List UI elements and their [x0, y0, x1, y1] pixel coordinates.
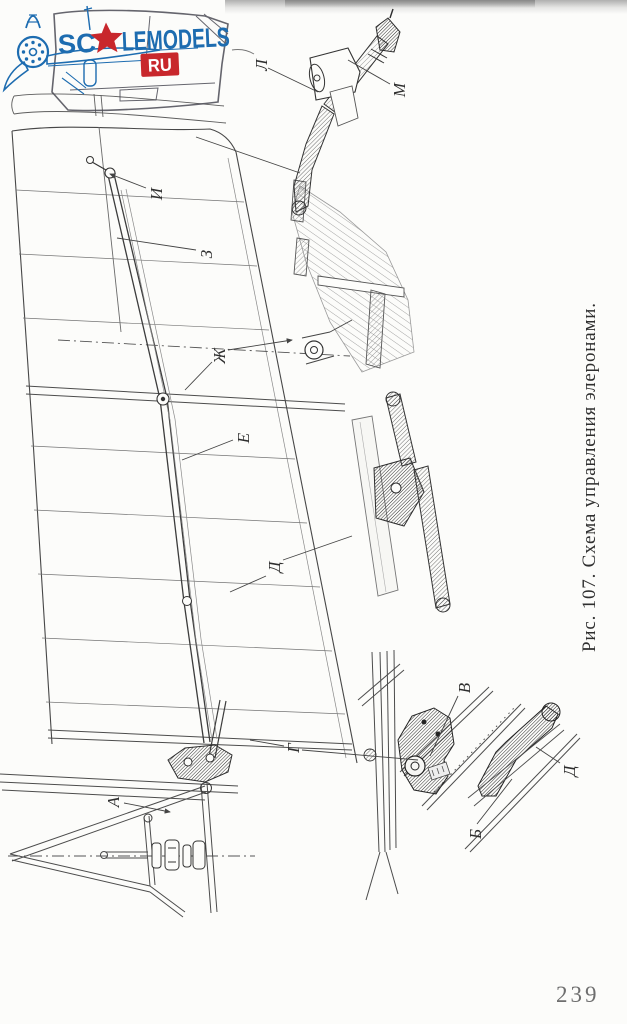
callout-label-g: Г: [283, 737, 305, 759]
callout-label-l: Л: [251, 54, 273, 76]
detail-control-stick: [232, 9, 400, 215]
callout-label-z: З: [196, 243, 218, 265]
watermark-text-suffix: LEMODELS: [121, 22, 230, 57]
figure-illustration: SC LEMODELS RU: [0, 0, 627, 1024]
callout-label-e: Е: [233, 427, 255, 449]
callout-label-d: Д: [264, 556, 286, 578]
callout-label-zh: Ж: [209, 345, 231, 367]
page-number: 239: [556, 982, 626, 1008]
callout-label-a: А: [103, 791, 125, 813]
callout-label-b: Б: [465, 823, 487, 845]
watermark-tld: RU: [147, 55, 172, 76]
callout-label-v: В: [454, 677, 476, 699]
callout-label-d2: Д: [559, 760, 581, 782]
detail-bellcrank: [352, 392, 450, 612]
scanned-book-page: SC LEMODELS RU А Б В Г Д Д Е Ж З И Л М Р…: [0, 0, 627, 1024]
figure-caption: Рис. 107. Схема управления элеронами.: [579, 220, 601, 652]
callout-label-m: М: [389, 79, 411, 101]
callout-label-i: И: [146, 183, 168, 205]
watermark-stamp: SC LEMODELS RU: [4, 6, 231, 111]
detail-rib-pulley: [291, 180, 414, 372]
watermark-text-prefix: SC: [57, 28, 96, 60]
